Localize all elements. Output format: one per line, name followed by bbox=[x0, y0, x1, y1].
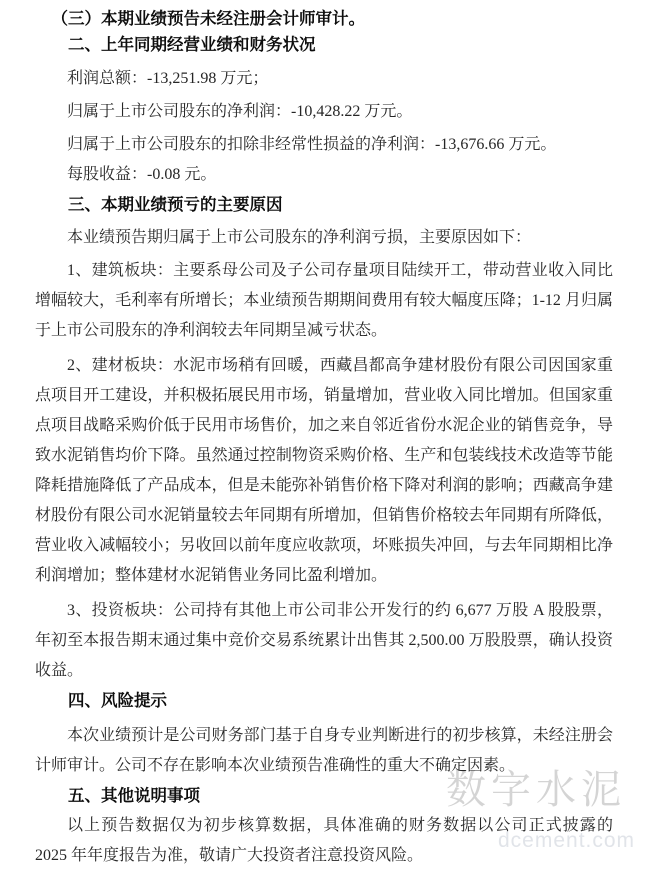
paragraph-other-notes-body: 以上预告数据仅为初步核算数据，具体准确的财务数据以公司正式披露的 2025 年年… bbox=[35, 811, 613, 871]
heading-section-2-prior-year-results: 二、上年同期经营业绩和财务状况 bbox=[35, 30, 613, 60]
metric-line-deducted-net-profit: 归属于上市公司股东的扣除非经常性损益的净利润：-13,676.66 万元。 bbox=[35, 130, 613, 160]
metric-line-eps: 每股收益：-0.08 元。 bbox=[35, 160, 613, 190]
paragraph-risk-body: 本次业绩预计是公司财务部门基于自身专业判断进行的初步核算，未经注册会计师审计。公… bbox=[35, 721, 613, 781]
paragraph-reason-1-construction: 1、建筑板块：主要系母公司及子公司存量项目陆续开工，带动营业收入同比增幅较大，毛… bbox=[35, 256, 613, 346]
heading-section-4-risk-notice: 四、风险提示 bbox=[35, 686, 613, 716]
paragraph-reason-3-investment: 3、投资板块：公司持有其他上市公司非公开发行的约 6,677 万股 A 股股票，… bbox=[35, 596, 613, 686]
paragraph-reason-intro: 本业绩预告期归属于上市公司股东的净利润亏损，主要原因如下： bbox=[35, 223, 613, 253]
document-content: （三）本期业绩预告未经注册会计师审计。 二、上年同期经营业绩和财务状况 利润总额… bbox=[35, 4, 613, 871]
metric-line-net-profit: 归属于上市公司股东的净利润：-10,428.22 万元。 bbox=[35, 97, 613, 127]
paragraph-reason-2-building-materials: 2、建材板块：水泥市场稍有回暖，西藏昌都高争建材股份有限公司因国家重点项目开工建… bbox=[35, 351, 613, 591]
document-page: 数字水泥 dcement.com （三）本期业绩预告未经注册会计师审计。 二、上… bbox=[0, 0, 646, 872]
heading-section-5-other-notes: 五、其他说明事项 bbox=[35, 781, 613, 811]
heading-section-3-loss-reasons: 三、本期业绩预亏的主要原因 bbox=[35, 190, 613, 220]
metric-line-total-profit: 利润总额：-13,251.98 万元； bbox=[35, 64, 613, 94]
